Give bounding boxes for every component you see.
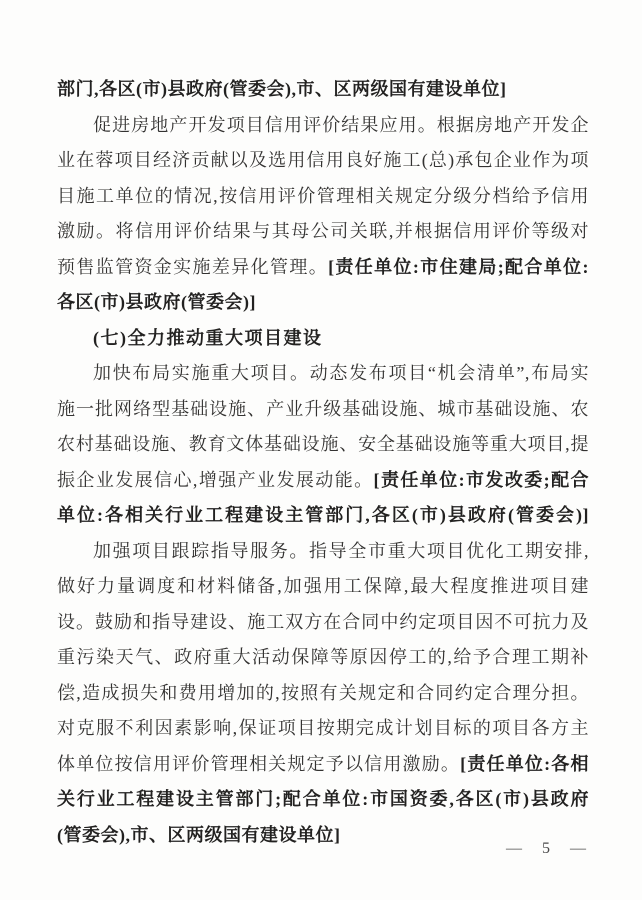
text-line: 业在蓉项目经济贡献以及选用信用良好施工(总)承包企业作为项 [57,143,589,179]
line-text: 体单位按信用评价管理相关规定予以信用激励。 [57,754,460,774]
line-text: 对克服不利因素影响,保证项目按期完成计划目标的项目各方主 [57,718,589,738]
line-text-emphasis: [责任单位:市住建局;配合单位: [328,257,589,277]
line-text: 激励。将信用评价结果与其母公司关联,并根据信用评价等级对 [57,221,589,241]
line-text-emphasis: 单位:各相关行业工程建设主管部门,各区(市)县政府(管委会)] [57,505,589,525]
text-line: 促进房地产开发项目信用评价结果应用。根据房地产开发企 [57,108,589,144]
text-line: 加强项目跟踪指导服务。指导全市重大项目优化工期安排, [57,534,589,570]
document-page: 部门,各区(市)县政府(管委会),市、区两级国有建设单位] 促进房地产开发项目信… [0,0,642,900]
line-text-emphasis: 各区(市)县政府(管委会)] [57,292,256,312]
heading-text: (七)全力推动重大项目建设 [93,328,323,348]
line-text-emphasis: [责任单位:各相 [460,754,589,774]
text-line: 对克服不利因素影响,保证项目按期完成计划目标的项目各方主 [57,711,589,747]
line-text: 振企业发展信心,增强产业发展动能。 [57,470,374,490]
text-line: 部门,各区(市)县政府(管委会),市、区两级国有建设单位] [57,72,589,108]
line-text: 目施工单位的情况,按信用评价管理相关规定分级分档给予信用 [57,186,589,206]
line-text-emphasis: [责任单位:市发改委;配合 [374,470,589,490]
line-text-emphasis: 部门,各区(市)县政府(管委会),市、区两级国有建设单位] [57,79,506,99]
line-text: 重污染天气、政府重大活动保障等原因停工的,给予合理工期补 [57,647,589,667]
text-line: 关行业工程建设主管部门;配合单位:市国资委,各区(市)县政府 [57,782,589,818]
text-line: 设。鼓励和指导建设、施工双方在合同中约定项目因不可抗力及 [57,605,589,641]
text-line: 各区(市)县政府(管委会)] [57,285,589,321]
line-text: 农村基础设施、教育文体基础设施、安全基础设施等重大项目,提 [57,434,589,454]
text-line: 单位:各相关行业工程建设主管部门,各区(市)县政府(管委会)] [57,498,589,534]
text-line: 偿,造成损失和费用增加的,按照有关规定和合同约定合理分担。 [57,676,589,712]
line-text: 预售监管资金实施差异化管理。 [57,257,328,277]
section-heading: (七)全力推动重大项目建设 [57,321,589,357]
line-text: 设。鼓励和指导建设、施工双方在合同中约定项目因不可抗力及 [57,612,589,632]
text-line: 加快布局实施重大项目。动态发布项目“机会清单”,布局实 [57,356,589,392]
text-line: 预售监管资金实施差异化管理。[责任单位:市住建局;配合单位: [57,250,589,286]
text-line: 重污染天气、政府重大活动保障等原因停工的,给予合理工期补 [57,640,589,676]
line-text-emphasis: (管委会),市、区两级国有建设单位] [57,825,340,845]
text-line: 农村基础设施、教育文体基础设施、安全基础设施等重大项目,提 [57,427,589,463]
line-text: 加快布局实施重大项目。动态发布项目“机会清单”,布局实 [93,363,589,383]
text-line: 激励。将信用评价结果与其母公司关联,并根据信用评价等级对 [57,214,589,250]
text-line: 施一批网络型基础设施、产业升级基础设施、城市基础设施、农业 [57,392,589,428]
line-text: 施一批网络型基础设施、产业升级基础设施、城市基础设施、农业 [57,399,589,428]
line-text: 促进房地产开发项目信用评价结果应用。根据房地产开发企 [93,115,589,135]
line-text-emphasis: 关行业工程建设主管部门;配合单位:市国资委,各区(市)县政府 [57,789,589,809]
line-text: 做好力量调度和材料储备,加强用工保障,最大程度推进项目建 [57,576,589,596]
line-text: 加强项目跟踪指导服务。指导全市重大项目优化工期安排, [93,541,589,561]
text-line: 体单位按信用评价管理相关规定予以信用激励。[责任单位:各相 [57,747,589,783]
text-line: 振企业发展信心,增强产业发展动能。[责任单位:市发改委;配合 [57,463,589,499]
page-number: — 5 — [506,838,589,860]
line-text: 偿,造成损失和费用增加的,按照有关规定和合同约定合理分担。 [57,683,589,703]
text-line: 做好力量调度和材料储备,加强用工保障,最大程度推进项目建 [57,569,589,605]
text-line: 目施工单位的情况,按信用评价管理相关规定分级分档给予信用 [57,179,589,215]
document-text-block: 部门,各区(市)县政府(管委会),市、区两级国有建设单位] 促进房地产开发项目信… [57,72,589,853]
line-text: 业在蓉项目经济贡献以及选用信用良好施工(总)承包企业作为项 [57,150,589,170]
